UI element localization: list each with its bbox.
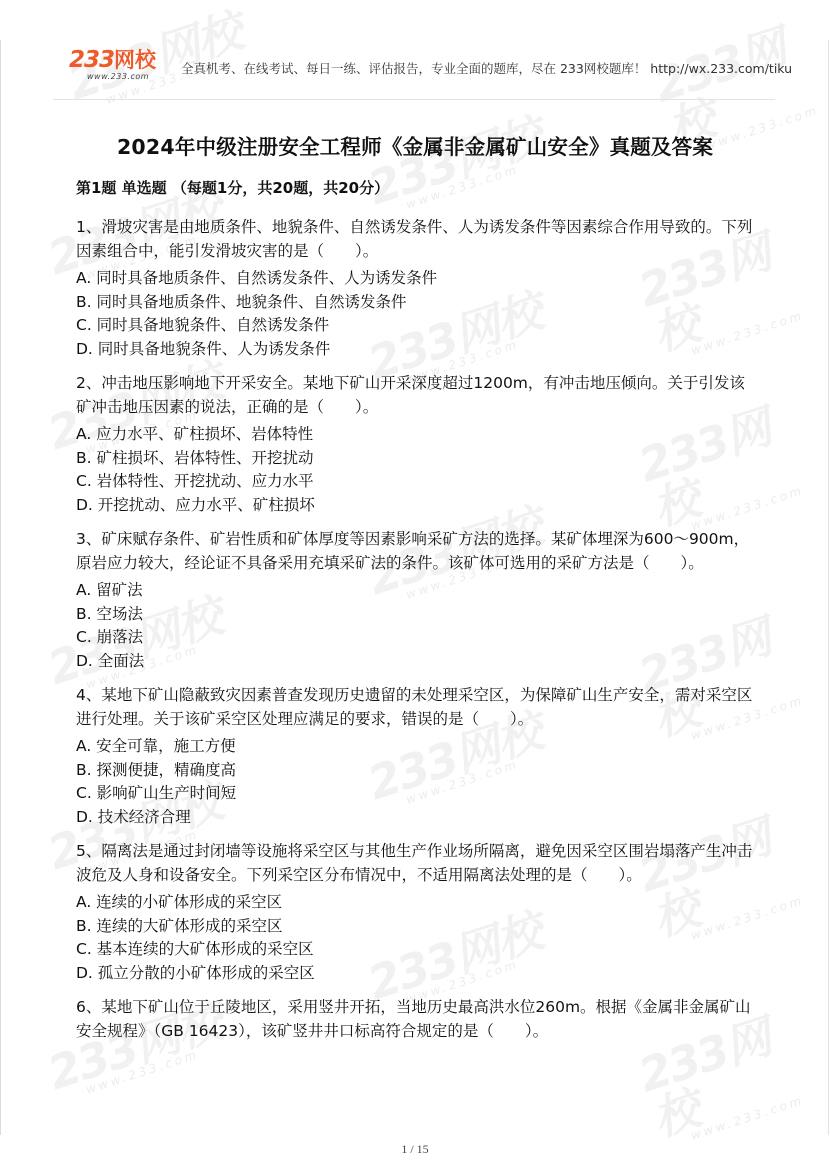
logo-url: www.233.com [87, 72, 174, 81]
question-stem: 5、隔离法是通过封闭墙等设施将采空区与其他生产作业场所隔离，避免因采空区围岩塌落… [76, 839, 756, 887]
question-1: 1、滑坡灾害是由地质条件、地貌条件、自然诱发条件、人为诱发条件等因素综合作用导致… [76, 215, 756, 361]
question-stem: 1、滑坡灾害是由地质条件、地貌条件、自然诱发条件、人为诱发条件等因素综合作用导致… [76, 215, 756, 263]
page-border-left [0, 40, 1, 1135]
page-indicator: 1 / 15 [0, 1142, 830, 1157]
option-c: C. 崩落法 [76, 626, 756, 650]
question-4: 4、某地下矿山隐蔽致灾因素普查发现历史遗留的未处理采空区，为保障矿山生产安全，需… [76, 683, 756, 829]
page-border-right [828, 40, 829, 1135]
question-stem: 2、冲击地压影响地下开采安全。某地下矿山开采深度超过1200m，有冲击地压倾向。… [76, 371, 756, 419]
question-stem: 4、某地下矿山隐蔽致灾因素普查发现历史遗留的未处理采空区，为保障矿山生产安全，需… [76, 683, 756, 731]
option-d: D. 同时具备地貌条件、人为诱发条件 [76, 338, 756, 362]
option-a: A. 连续的小矿体形成的采空区 [76, 891, 756, 915]
option-c: C. 同时具备地貌条件、自然诱发条件 [76, 314, 756, 338]
question-6: 6、某地下矿山位于丘陵地区，采用竖井开拓，当地历史最高洪水位260m。根据《金属… [76, 995, 756, 1043]
watermark: 233网校www.233.com [363, 113, 550, 221]
section-heading: 第1题 单选题 （每题1分，共20题，共20分） [76, 177, 389, 198]
option-a: A. 同时具备地质条件、自然诱发条件、人为诱发条件 [76, 267, 756, 291]
question-5: 5、隔离法是通过封闭墙等设施将采空区与其他生产作业场所隔离，避免因采空区围岩塌落… [76, 839, 756, 985]
option-b: B. 探测便捷，精确度高 [76, 759, 756, 783]
option-a: A. 留矿法 [76, 579, 756, 603]
question-3: 3、矿床赋存条件、矿岩性质和矿体厚度等因素影响采矿方法的选择。某矿体埋深为600… [76, 527, 756, 673]
option-c: C. 岩体特性、开挖扰动、应力水平 [76, 470, 756, 494]
brand-logo[interactable]: 233网校 www.233.com [69, 48, 174, 81]
option-a: A. 应力水平、矿柱损坏、岩体特性 [76, 423, 756, 447]
option-d: D. 技术经济合理 [76, 806, 756, 830]
option-b: B. 连续的大矿体形成的采空区 [76, 915, 756, 939]
option-b: B. 同时具备地质条件、地貌条件、自然诱发条件 [76, 291, 756, 315]
option-a: A. 安全可靠，施工方便 [76, 735, 756, 759]
logo-name: 网校 [114, 48, 156, 72]
question-2: 2、冲击地压影响地下开采安全。某地下矿山开采深度超过1200m，有冲击地压倾向。… [76, 371, 756, 517]
option-b: B. 空场法 [76, 603, 756, 627]
question-stem: 6、某地下矿山位于丘陵地区，采用竖井开拓，当地历史最高洪水位260m。根据《金属… [76, 995, 756, 1043]
option-d: D. 全面法 [76, 650, 756, 674]
option-d: D. 开挖扰动、应力水平、矿柱损坏 [76, 494, 756, 518]
option-d: D. 孤立分散的小矿体形成的采空区 [76, 962, 756, 986]
page-header: 233网校 www.233.com 全真机考、在线考试、每日一练、评估报告，专业… [53, 40, 775, 100]
logo-number: 233 [69, 47, 114, 73]
option-b: B. 矿柱损坏、岩体特性、开挖扰动 [76, 447, 756, 471]
option-c: C. 影响矿山生产时间短 [76, 782, 756, 806]
question-stem: 3、矿床赋存条件、矿岩性质和矿体厚度等因素影响采矿方法的选择。某矿体埋深为600… [76, 527, 756, 575]
question-list: 1、滑坡灾害是由地质条件、地貌条件、自然诱发条件、人为诱发条件等因素综合作用导致… [76, 215, 756, 1053]
document-title: 2024年中级注册安全工程师《金属非金属矿山安全》真题及答案 [0, 130, 830, 160]
header-tagline: 全真机考、在线考试、每日一练、评估报告，专业全面的题库，尽在 233网校题库！ … [181, 59, 792, 77]
option-c: C. 基本连续的大矿体形成的采空区 [76, 938, 756, 962]
